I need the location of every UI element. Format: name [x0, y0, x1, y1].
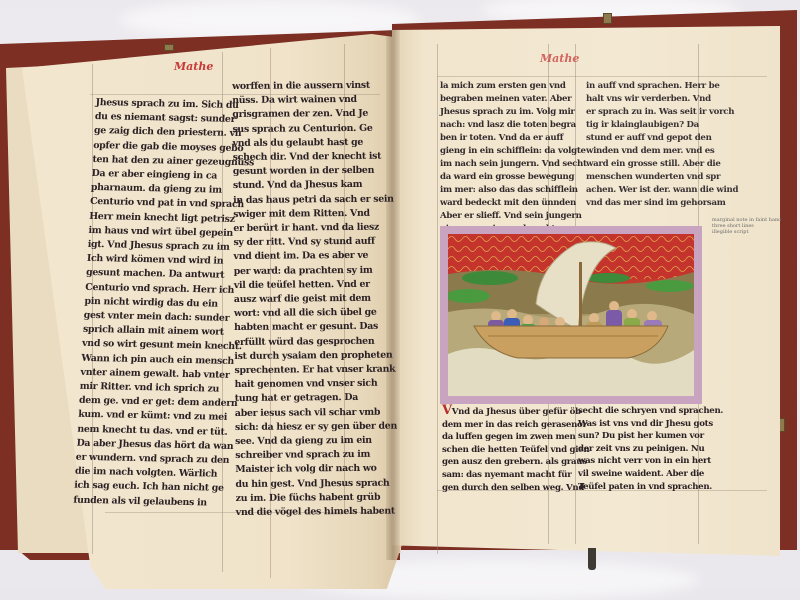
text-line: Maister ich volg dir nach wo: [235, 462, 397, 478]
text-line: nach: vnd lasz die toten begra: [440, 119, 587, 132]
text-line: tung hat er getragen. Da: [235, 391, 397, 407]
text-line: ist durch ysaiam den propheten: [234, 348, 396, 364]
initial-v: V: [442, 403, 452, 418]
text-line: vnd das mer sind im gehorsam: [586, 197, 738, 210]
text-line: im mer: also das das schifflein: [440, 184, 587, 197]
text-line: ward bedeckt mit den ünnden: [440, 197, 587, 210]
text-line: dem mer in das reich gerasenor: [442, 419, 589, 432]
text-line: per ward: da prachten sy im: [234, 263, 396, 279]
text-line: im nach sein jungern. Vnd secht: [440, 158, 587, 171]
left-page-column-1: Jhesus sprach zu im. Sich du du es niema…: [73, 96, 258, 511]
text-line: swiger mit dem Ritten. Vnd: [233, 206, 395, 222]
margin-note: marginal note in faint hand three short …: [712, 217, 781, 235]
running-header-right: Mathe: [540, 52, 579, 65]
left-page-column-2: worffen in die aussern vinst nüss. Da wi…: [232, 79, 398, 521]
text-line: was nicht verr von in ein hert: [578, 455, 723, 468]
boat-in-storm-illustration: [448, 234, 694, 396]
text-line: Teüfel paten in vnd sprachen.: [578, 481, 723, 494]
text-line: gen ausz den grebern. als graus: [442, 456, 589, 469]
text-line: habten macht er gesunt. Das: [234, 320, 396, 336]
text-line-content: Vnd da Jhesus über gefür öb: [452, 407, 581, 417]
text-line: da luffen gegen im zwen men: [442, 431, 589, 444]
text-line: in das haus petri da sach er sein: [233, 192, 395, 208]
text-line: begraben meinen vater. Aber: [440, 93, 587, 106]
text-line: wort: vnd all die sich übel ge: [234, 306, 396, 322]
ribbon-bookmark[interactable]: [588, 548, 596, 570]
text-line: vnd die vögel des himels habent: [236, 505, 398, 521]
text-line: halt vns wir verderben. Vnd: [586, 93, 738, 106]
text-line: gieng in ein schifflein: da volgte: [440, 145, 587, 158]
note-line: illegible script: [712, 229, 781, 235]
text-line: gesunt worden in der selben: [233, 164, 395, 180]
text-line: aber iesus sach vil schar vmb: [235, 405, 397, 421]
text-line: schen die hetten Teüfel vnd gien: [442, 444, 589, 457]
miniature-painting: [448, 234, 694, 396]
text-line: sprechenten. Er hat vnser krank: [234, 363, 396, 379]
text-line: gen durch den selben weg. Vnd: [442, 482, 589, 495]
text-line: winden vnd dem mer. vnd es: [586, 145, 738, 158]
text-line: worffen in die aussern vinst: [232, 79, 394, 95]
text-line: menschen wunderten vnd spr: [586, 171, 738, 184]
text-line: ausz warf die geist mit dem: [234, 292, 396, 308]
ruling-line: [437, 44, 438, 554]
text-line: er berürt ir hant. vnd da liesz: [233, 221, 395, 237]
right-page-column-2-bottom: secht die schryen vnd sprachen. Was ist …: [578, 405, 723, 493]
text-line: der zeit vns zu peinigen. Nu: [578, 443, 723, 456]
clasp-top-left: [164, 44, 174, 51]
text-line: sam: das nyemant macht für: [442, 469, 589, 482]
text-line: Aber er slieff. Vnd sein jungern: [440, 210, 587, 223]
text-line: erfüllt würd das gesprochen: [234, 334, 396, 350]
text-line: vil die teüfel hetten. Vnd er: [234, 277, 396, 293]
text-line: ben ir toten. Vnd da er auff: [440, 132, 587, 145]
text-line: secht die schryen vnd sprachen.: [578, 405, 723, 418]
text-line: sich: da hiesz er sy gen über den: [235, 419, 397, 435]
text-line: schreiber vnd sprach zu im: [235, 448, 397, 464]
text-line: vnd dient im. Da es aber ve: [233, 249, 395, 265]
text-line: vnd als du gelaubt hast ge: [232, 135, 394, 151]
text-line: zu im. Die füchs habent grüb: [236, 490, 398, 506]
text-line: sy der ritt. Vnd sy stund auff: [233, 235, 395, 251]
text-line: nüss. Da wirt wainen vnd: [232, 93, 394, 109]
right-page-column-1-bottom: VVnd da Jhesus über gefür öb dem mer in …: [442, 405, 589, 494]
text-line: achen. Wer ist der. wann die wind: [586, 184, 738, 197]
text-line: VVnd da Jhesus über gefür öb: [442, 405, 589, 419]
clasp-top-right: [603, 13, 612, 24]
text-line: stund. Vnd da Jhesus kam: [233, 178, 395, 194]
ruling-line: [437, 76, 767, 77]
text-line: la mich zum ersten gen vnd: [440, 80, 587, 93]
text-line: schech dir. Vnd der knecht ist: [233, 150, 395, 166]
text-line: ward ein grosse still. Aber die: [586, 158, 738, 171]
text-line: Jhesus sprach zu im. Volg mir: [440, 106, 587, 119]
text-line: grisgramen der zen. Vnd Je: [232, 107, 394, 123]
text-line: in auff vnd sprachen. Herr be: [586, 80, 738, 93]
running-header-left: Mathe: [174, 60, 213, 73]
text-line: stund er auff vnd gepot den: [586, 132, 738, 145]
text-line: Was ist vns vnd dir Jhesu gots: [578, 418, 723, 431]
right-page-column-1-top: la mich zum ersten gen vnd begraben mein…: [440, 80, 587, 236]
text-line: er sprach zu in. Was seit ir vorch: [586, 106, 738, 119]
illuminated-miniature[interactable]: [440, 226, 702, 404]
text-line: du hin gest. Vnd Jhesus sprach: [235, 476, 397, 492]
text-line: tig ir klainglaubigen? Da: [586, 119, 738, 132]
text-line: da ward ein grosse bewegung: [440, 171, 587, 184]
text-line: sun? Du pist her kumen vor: [578, 430, 723, 443]
text-line: see. Vnd da gieng zu im ein: [235, 434, 397, 450]
text-line: vil sweine waident. Aber die: [578, 468, 723, 481]
text-line: sus sprach zu Centurion. Ge: [232, 121, 394, 137]
right-page-column-2-top: in auff vnd sprachen. Herr be halt vns w…: [586, 80, 738, 210]
text-line: hait genomen vnd vnser sich: [235, 377, 397, 393]
